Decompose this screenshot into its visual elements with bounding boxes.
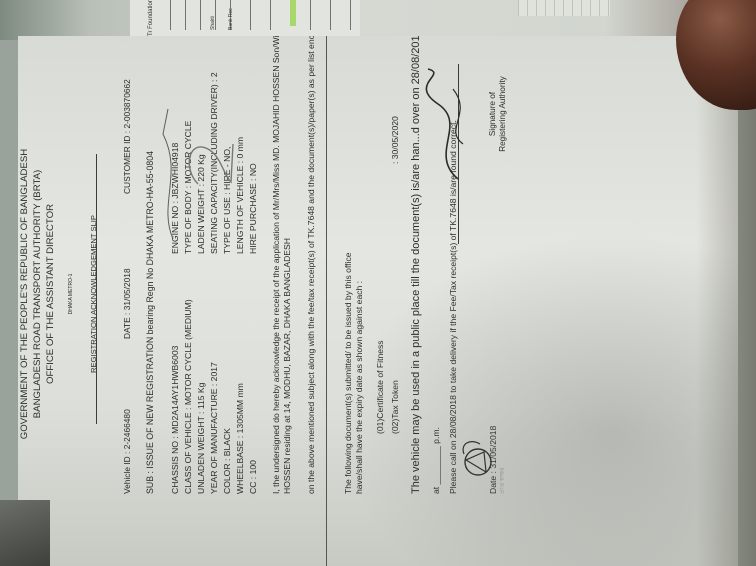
registering-authority-label: Signature of Registering Authority: [488, 54, 508, 174]
issue-date: DATE : 31/05/2018: [123, 268, 131, 339]
declaration-line-2: HOSSEN residing at 14, MODHU, BAZAR, DHA…: [282, 36, 293, 494]
handwritten-number: [183, 124, 243, 194]
background-grid-sheet: [518, 0, 610, 16]
document-name: (02)Tax Token: [390, 380, 400, 434]
authority-signature: [418, 64, 478, 184]
divider: [96, 154, 97, 424]
bangla-footnote: প্রাপ্ত স্বাক্ষর: [500, 468, 506, 494]
applicant-signature: [458, 434, 498, 484]
cc: CC : 100: [249, 264, 262, 494]
registration-slip: GOVERNMENT OF THE PEOPLE'S REPUBLIC OF B…: [18, 36, 728, 566]
paper-photo: GOVERNMENT OF THE PEOPLE'S REPUBLIC OF B…: [18, 36, 738, 566]
slip-title: REGISTRATION ACKNOWLEDGEMENT SLIP: [87, 36, 100, 566]
customer-id: CUSTOMER ID : 2-003870662: [123, 79, 131, 194]
declaration-line-1: I, the undersigned do hereby acknowledge…: [271, 36, 282, 494]
header-government: GOVERNMENT OF THE PEOPLE'S REPUBLIC OF B…: [18, 36, 31, 566]
signature-label: Signature of: [488, 54, 498, 174]
background-sheet-text: Tr Foundation: [148, 0, 154, 36]
document-expiry: : 30/05/2020: [391, 116, 400, 164]
document-name: (01)Certificate of Fitness: [375, 340, 385, 434]
declaration-line-3: on the above mentioned subject along wit…: [306, 36, 317, 494]
authority-label: Registering Authority: [498, 54, 508, 174]
vehicle-details-left: CHASSIS NO : MD2A14AY1HWB6003 CLASS OF V…: [171, 264, 262, 494]
documents-intro-1: The following document(s) submitted/ to …: [343, 36, 354, 494]
vehicle-id: Vehicle ID : 2-2466480: [123, 409, 131, 494]
fold-line: [326, 36, 327, 566]
background-desk: Tr Foundation Shakti Bank Rec: [0, 0, 756, 40]
background-sheet: [130, 0, 360, 38]
header-authority: BANGLADESH ROAD TRANSPORT AUTHORITY (BRT…: [31, 36, 44, 566]
hire-purchase: HIRE PURCHASE : NO: [249, 36, 262, 254]
document-item: (02)Tax Token : 30/05/2020: [391, 380, 400, 434]
pencil-mark: [148, 104, 188, 244]
document-item: (01)Certificate of Fitness: [376, 340, 385, 434]
documents-intro-2: have/shall have the expiry date as shown…: [354, 36, 365, 494]
background-sheet-label: Bank Rec: [228, 8, 234, 30]
slip-header: GOVERNMENT OF THE PEOPLE'S REPUBLIC OF B…: [18, 36, 100, 566]
background-edge: [0, 500, 50, 566]
header-circle: DHAKA METRO-1: [67, 36, 75, 566]
background-sheet-label: Shakti: [210, 16, 216, 30]
header-office: OFFICE OF THE ASSISTANT DIRECTOR: [44, 36, 57, 566]
